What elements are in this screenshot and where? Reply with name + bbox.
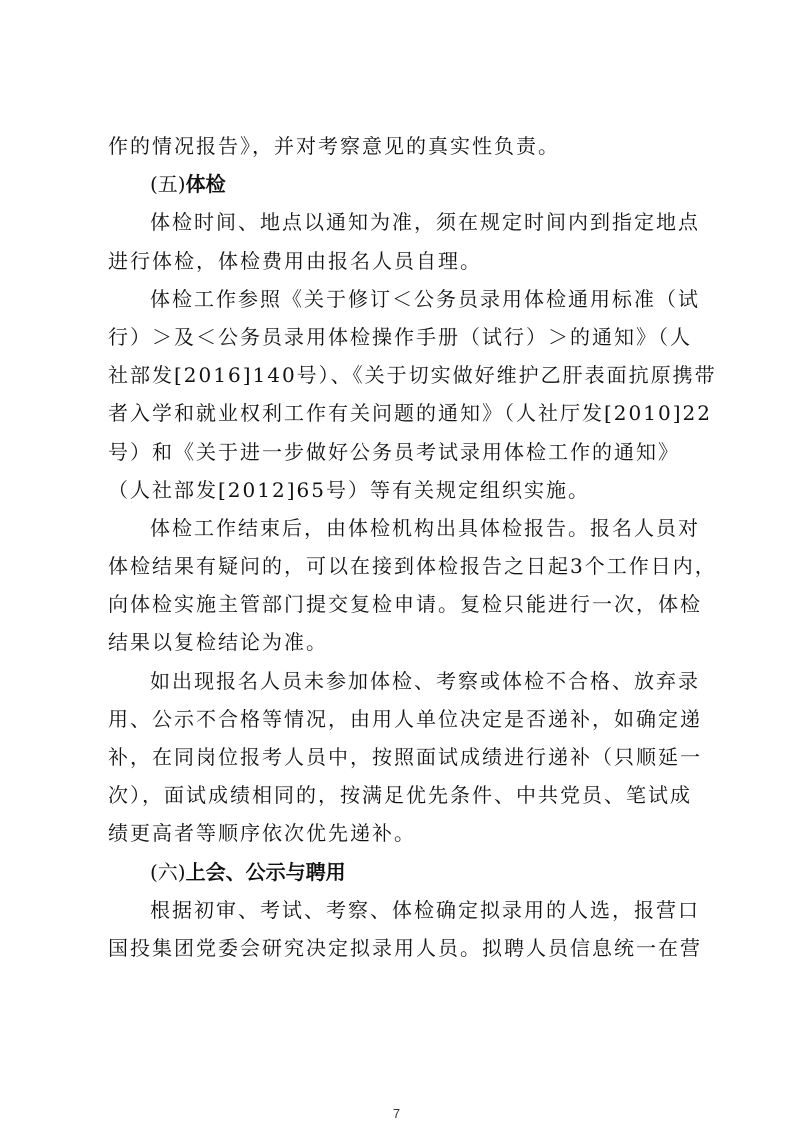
paragraph-line: 绩更高者等顺序依次优先递补。 (108, 814, 684, 852)
paragraph-line: 体检时间、地点以通知为准，须在规定时间内到指定地点 (108, 203, 684, 241)
section-number: (六) (150, 860, 186, 884)
paragraph-line: （人社部发[2012]65号）等有关规定组织实施。 (108, 471, 684, 509)
paragraph-line: 社部发[2016]140号）、《关于切实做好维护乙肝表面抗原携带 (108, 356, 684, 394)
section-title: 上会、公示与聘用 (186, 860, 346, 884)
section-number: (五) (150, 172, 186, 196)
paragraph-line: 号）和《关于进一步做好公务员考试录用体检工作的通知》 (108, 433, 684, 471)
paragraph-line: 行）＞及＜公务员录用体检操作手册（试行）＞的通知》（人 (108, 318, 684, 356)
document-page: 作的情况报告》，并对考察意见的真实性负责。 (五)体检 体检时间、地点以通知为准… (0, 0, 793, 1122)
page-number: 7 (0, 1106, 793, 1121)
paragraph-line: 补，在同岗位报考人员中，按照面试成绩进行递补（只顺延一 (108, 738, 684, 776)
paragraph-line: 者入学和就业权利工作有关问题的通知》（人社厅发[2010]22 (108, 394, 684, 432)
paragraph-line: 体检结果有疑问的，可以在接到体检报告之日起3个工作日内， (108, 547, 684, 585)
section-title: 体检 (186, 172, 226, 196)
paragraph-line: 作的情况报告》，并对考察意见的真实性负责。 (108, 127, 684, 165)
section-heading-approval-publicity-hiring: (六)上会、公示与聘用 (108, 853, 684, 891)
paragraph-line: 向体检实施主管部门提交复检申请。复检只能进行一次，体检 (108, 585, 684, 623)
paragraph-line: 体检工作参照《关于修订＜公务员录用体检通用标准（试 (108, 280, 684, 318)
paragraph-line: 结果以复检结论为准。 (108, 623, 684, 661)
paragraph-line: 根据初审、考试、考察、体检确定拟录用的人选，报营口 (108, 891, 684, 929)
paragraph-line: 次），面试成绩相同的，按满足优先条件、中共党员、笔试成 (108, 776, 684, 814)
body-text: 作的情况报告》，并对考察意见的真实性负责。 (五)体检 体检时间、地点以通知为准… (108, 127, 684, 967)
section-heading-physical-exam: (五)体检 (108, 165, 684, 203)
paragraph-line: 进行体检，体检费用由报名人员自理。 (108, 242, 684, 280)
paragraph-line: 体检工作结束后，由体检机构出具体检报告。报名人员对 (108, 509, 684, 547)
paragraph-line: 国投集团党委会研究决定拟录用人员。拟聘人员信息统一在营 (108, 929, 684, 967)
paragraph-line: 如出现报名人员未参加体检、考察或体检不合格、放弃录 (108, 662, 684, 700)
paragraph-line: 用、公示不合格等情况，由用人单位决定是否递补，如确定递 (108, 700, 684, 738)
